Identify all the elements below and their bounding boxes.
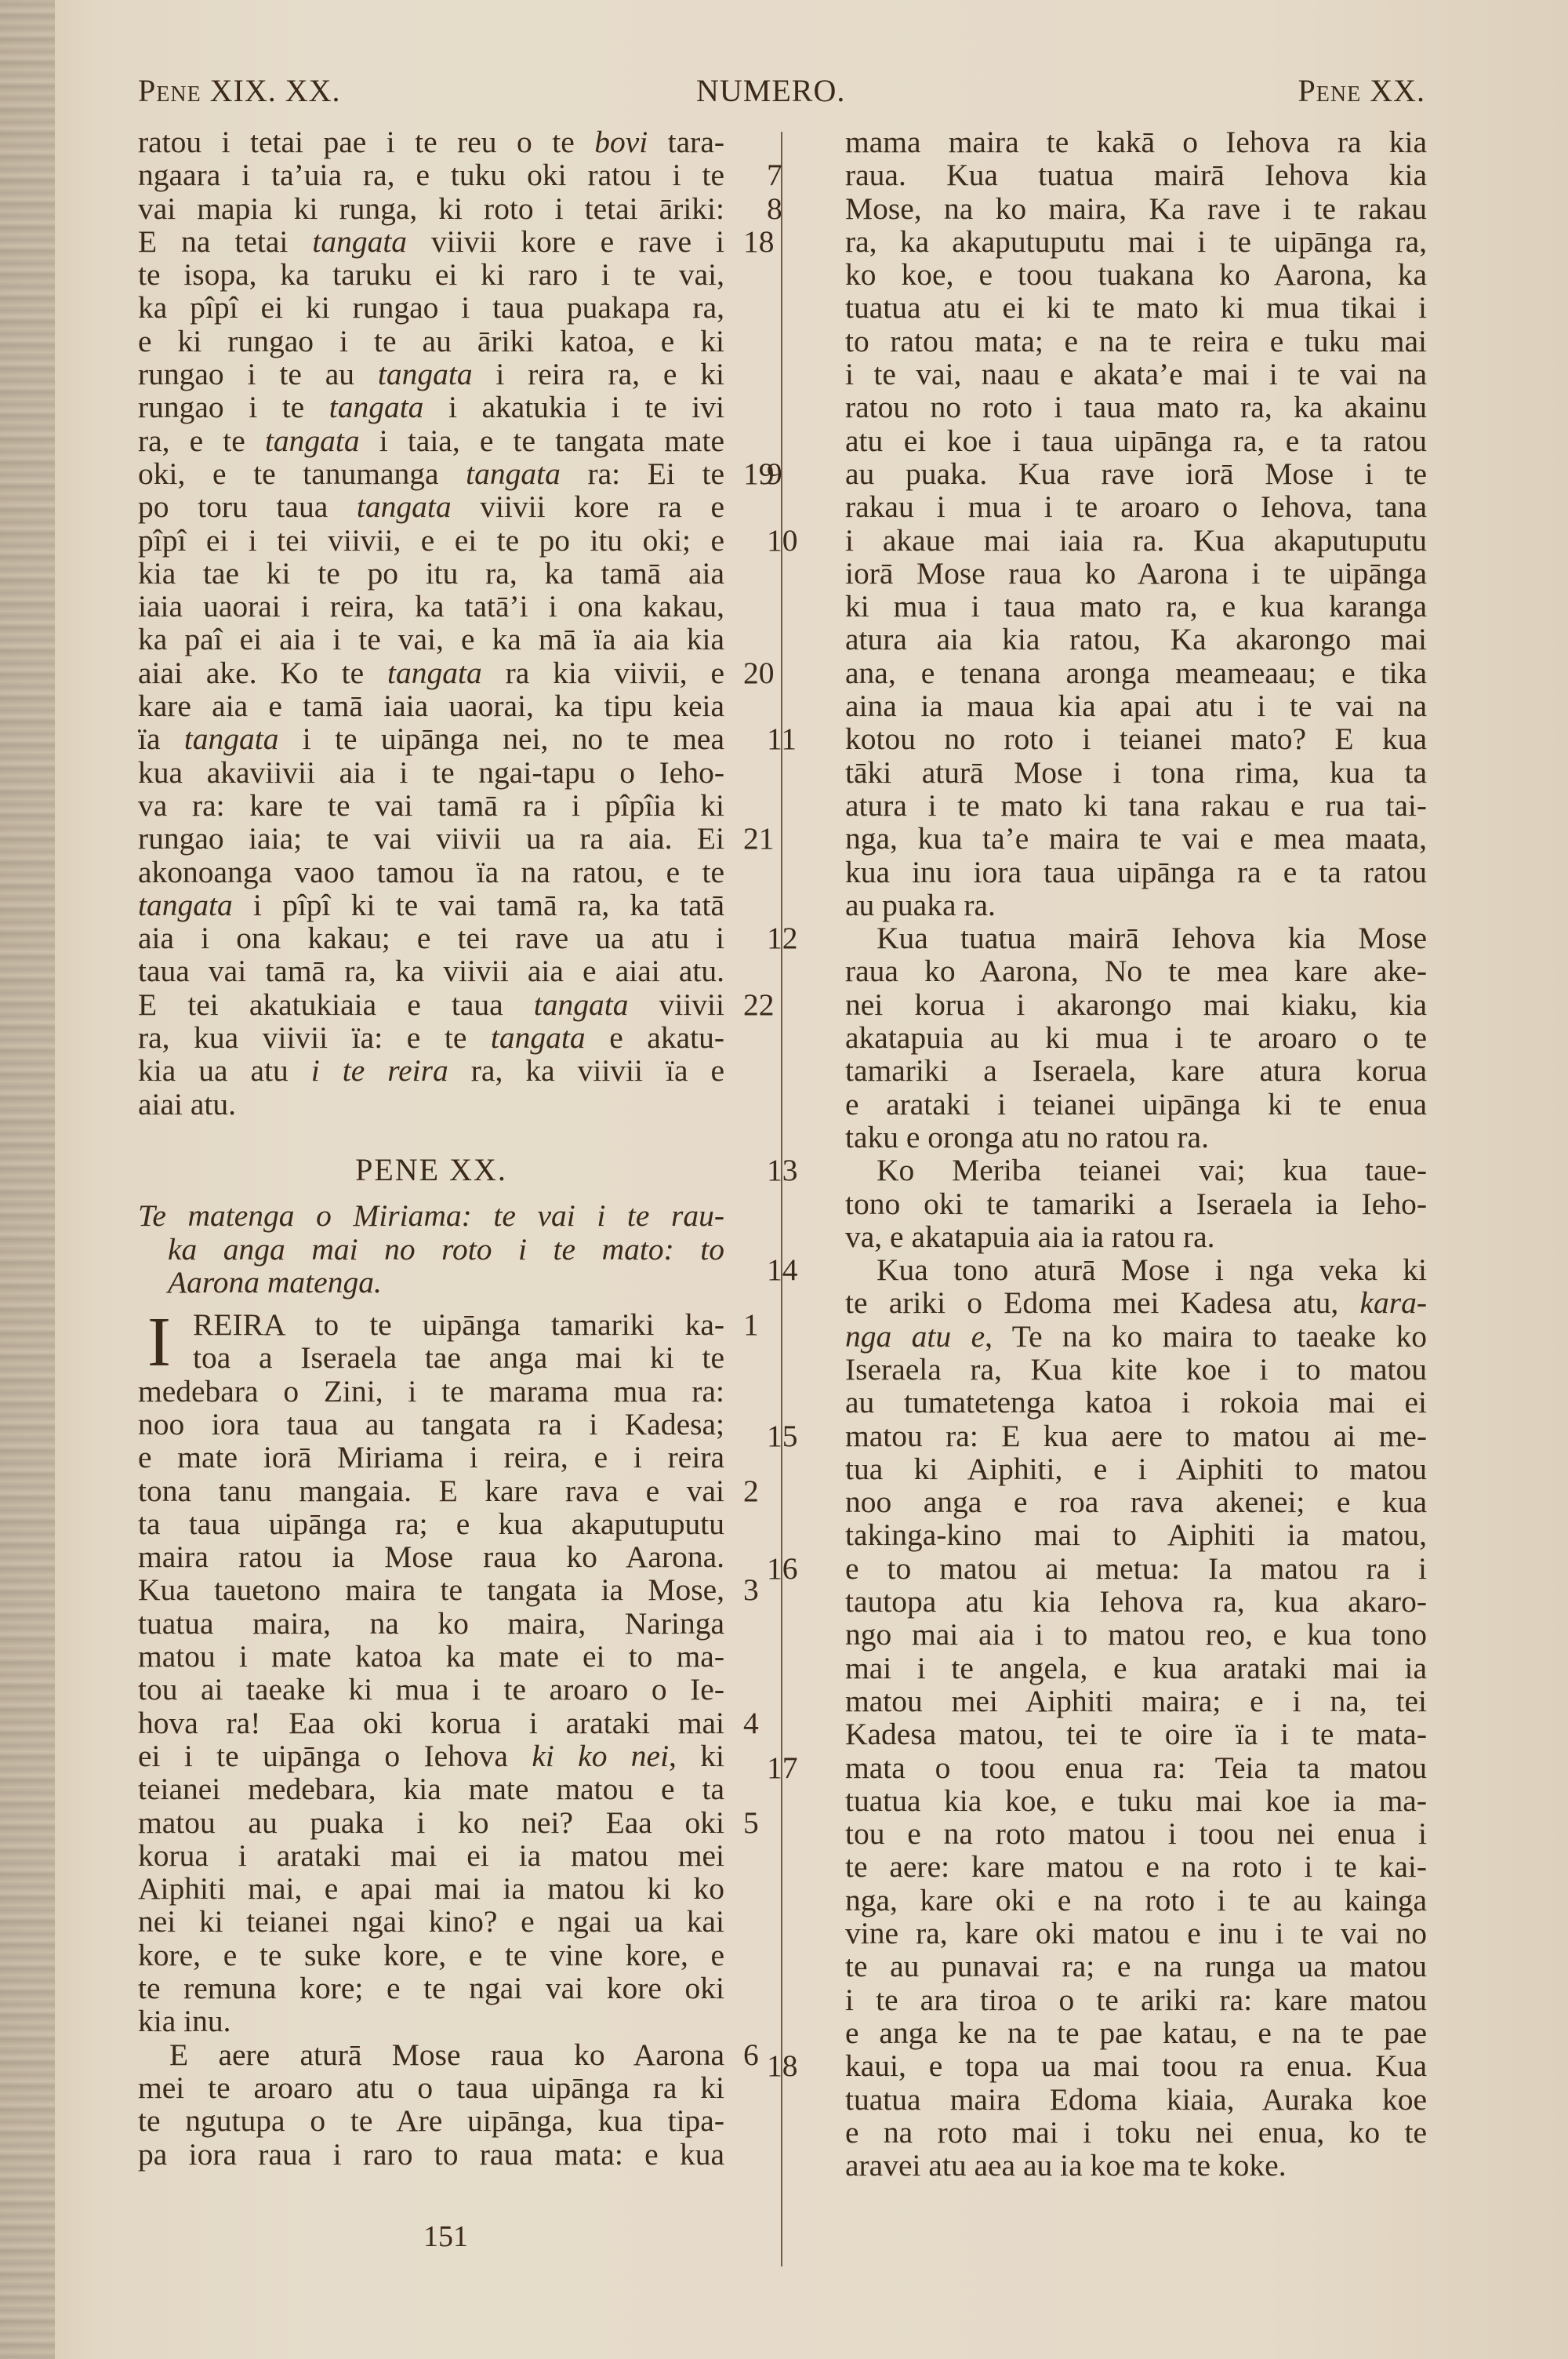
text-line: kua inu iora taua uipānga ra e ta ratou [845,856,1427,889]
text-line: nga atu e, Te na ko maira to taeake ko [845,1320,1427,1353]
text-line: tou e na roto matou i toou nei enua i [845,1817,1427,1850]
verse-number: 10 [767,524,828,557]
line-text: atura aia kia ratou, Ka akarongo mai [845,622,1427,656]
text-line: tuatua atu ei ki te mato ki mua tikai i [845,291,1427,324]
line-text: tou e na roto matou i toou nei enua i [845,1816,1427,1851]
line-text: va, e akatapuia aia ia ratou ra. [845,1219,1215,1254]
verse-number: 12 [767,921,828,954]
line-text: nga, kua ta’e maira te vai e mea maata, [845,821,1427,856]
text-line: raua. Kua tuatua mairā Iehova kia7 [845,158,1427,191]
text-line: tangata i pîpî ki te vai tamā ra, ka tat… [138,889,724,921]
text-line: Kua tauetono maira te tangata ia Mose,3 [138,1573,724,1606]
line-text: E na tetai tangata viivii kore e rave i [138,224,724,259]
text-line: te ngutupa o te Are uipānga, kua tipa- [138,2104,724,2137]
book-page: Pene XIX. XX. NUMERO. Pene XX. ratou i t… [0,0,1568,2359]
text-line: ka paî ei aia i te vai, e ka mā ïa aia k… [138,623,724,656]
line-text: nei korua i akarongo mai kiaku, kia [845,987,1427,1022]
verse-number: 20 [743,656,782,689]
verse-number: 4 [743,1707,782,1739]
left-column: ratou i tetai pae i te reu o te bovi tar… [138,125,724,2171]
line-text: Kadesa matou, tei te oire ïa i te mata- [845,1717,1427,1751]
page-number: 151 [423,2219,468,2254]
chapter-heading: PENE XX. [138,1154,724,1187]
line-text: po toru taua tangata viivii kore ra e [138,489,724,524]
text-line: ki mua i taua mato ra, e kua karanga [845,590,1427,623]
text-line: matou au puaka i ko nei? Eaa oki5 [138,1806,724,1839]
line-text: e na roto mai i toku nei enua, ko te [845,2115,1427,2150]
line-text: ka paî ei aia i te vai, e ka mā ïa aia k… [138,622,724,656]
text-line: tuatua maira Edoma kiaia, Auraka koe [845,2083,1427,2116]
text-line: te ariki o Edoma mei Kadesa atu, kara- [845,1286,1427,1319]
line-text: noo iora taua au tangata ra i Kadesa; [138,1407,724,1441]
text-line: ana, e tenana aronga meameaau; e tika [845,656,1427,689]
running-head-book-title: NUMERO. [696,72,845,109]
text-line: Kua tono aturā Mose i nga veka ki14 [845,1253,1427,1286]
line-text: rungao i te au tangata i reira ra, e ki [138,357,724,391]
text-line: raua ko Aarona, No te mea kare ake- [845,954,1427,987]
line-text: Ko Meriba teianei vai; kua taue- [877,1153,1427,1187]
line-text: oki, e te tanumanga tangata ra: Ei te [138,456,724,491]
text-line: nga, kare oki e na roto i te au kainga [845,1884,1427,1917]
text-line: te aere: kare matou e na roto i te kai- [845,1850,1427,1883]
text-line: E tei akatukiaia e taua tangata viivii22 [138,988,724,1021]
text-line: tona tanu mangaia. E kare rava e vai2 [138,1474,724,1507]
line-text: Iseraela ra, Kua kite koe i to matou [845,1352,1427,1387]
line-text: ratou i tetai pae i te reu o te bovi tar… [138,125,724,159]
text-line: iorā Mose raua ko Aarona i te uipānga [845,557,1427,590]
text-line: atu ei koe i taua uipānga ra, e ta ratou [845,424,1427,457]
text-line: ra, kua viivii ïa: e te tangata e akatu- [138,1021,724,1054]
line-text: Mose, na ko maira, Ka rave i te rakau [845,191,1427,226]
text-line: te au punavai ra; e na runga ua matou [845,1950,1427,1983]
summary-line: Te matenga o Miriama: te vai i te rau- [138,1199,724,1232]
line-text: te aere: kare matou e na roto i te kai- [845,1849,1427,1884]
line-text: tona tanu mangaia. E kare rava e vai [138,1474,724,1508]
line-text: ratou no roto i taua mato ra, ka akainu [845,390,1427,424]
text-line: noo anga e roa rava akenei; e kua [845,1485,1427,1518]
line-text: ra, e te tangata i taia, e te tangata ma… [138,423,724,458]
text-line: oki, e te tanumanga tangata ra: Ei te19 [138,457,724,490]
text-line: akatapuia au ki mua i te aroaro o te [845,1021,1427,1054]
text-line: po toru taua tangata viivii kore ra e [138,490,724,523]
text-line: aravei atu aea au ia koe ma te koke. [845,2149,1427,2182]
text-line: pîpî ei i tei viivii, e ei te po itu oki… [138,524,724,557]
verse-number: 14 [767,1253,828,1286]
line-text: au puaka. Kua rave iorā Mose i te [845,456,1427,491]
text-line: taku e oronga atu no ratou ra. [845,1121,1427,1154]
text-line: aia i ona kakau; e tei rave ua atu i [138,921,724,954]
line-text: iaia uaorai i reira, ka tatā’i i ona kak… [138,589,724,623]
text-line: nei ki teianei ngai kino? e ngai ua kai [138,1905,724,1938]
text-line: kotou no roto i teianei mato? E kua11 [845,722,1427,755]
text-line: au puaka. Kua rave iorā Mose i te9 [845,457,1427,490]
line-text: rungao iaia; te vai viivii ua ra aia. Ei [138,821,724,856]
line-text: te au punavai ra; e na runga ua matou [845,1949,1427,1983]
line-text: akonoanga vaoo tamou ïa na ratou, e te [138,855,724,889]
line-text: taua vai tamā ra, ka viivii aia e aiai a… [138,954,724,988]
verse-number: 7 [767,158,828,191]
text-line: ko koe, e toou tuakana ko Aarona, ka [845,258,1427,291]
right-column: mama maira te kakā o Iehova ra kiaraua. … [845,125,1427,2182]
text-line: kia inu. [138,2005,724,2037]
line-text: nga, kare oki e na roto i te au kainga [845,1883,1427,1917]
text-line: ra, ka akaputuputu mai i te uipānga ra, [845,225,1427,258]
text-line: va ra: kare te vai tamā ra i pîpîia ki [138,789,724,822]
text-line: mama maira te kakā o Iehova ra kia [845,125,1427,158]
line-text: i te vai, naau e akata’e mai i te vai na [845,357,1427,391]
line-text: matou i mate katoa ka mate ei to ma- [138,1639,724,1674]
left-column-text-before-heading: ratou i tetai pae i te reu o te bovi tar… [138,125,724,1121]
verse-number: 15 [767,1419,828,1452]
line-text: au puaka ra. [845,888,996,922]
text-line: matou i mate katoa ka mate ei to ma- [138,1640,724,1673]
text-line: tono oki te tamariki a Iseraela ia Ieho- [845,1187,1427,1220]
text-line: ta taua uipānga ra; e kua akaputuputu [138,1507,724,1540]
line-text: aia i ona kakau; e tei rave ua atu i [138,921,724,955]
line-text: te ariki o Edoma mei Kadesa atu, kara- [845,1285,1427,1320]
text-line: ngaara i ta’uia ra, e tuku oki ratou i t… [138,158,724,191]
text-line: noo iora taua au tangata ra i Kadesa; [138,1408,724,1441]
text-line: i te vai, naau e akata’e mai i te vai na [845,358,1427,391]
line-text: nga atu e, Te na ko maira to taeake ko [845,1319,1427,1354]
text-line: mei te aroaro atu o taua uipānga ra ki [138,2071,724,2104]
text-line: kia tae ki te po itu ra, ka tamā aia [138,557,724,590]
line-text: atu ei koe i taua uipānga ra, e ta ratou [845,423,1427,458]
line-text: pîpî ei i tei viivii, e ei te po itu oki… [138,523,724,558]
text-line: E aere aturā Mose raua ko Aarona6 [138,2038,724,2071]
verse-number: 13 [767,1154,828,1187]
line-text: kia tae ki te po itu ra, ka tamā aia [138,556,724,591]
text-line: ra, e te tangata i taia, e te tangata ma… [138,424,724,457]
line-text: ïa tangata i te uipānga nei, no te mea [138,722,724,756]
text-line: Ko Meriba teianei vai; kua taue-13 [845,1154,1427,1187]
line-text: rakau i mua i te aroaro o Iehova, tana [845,489,1427,524]
line-text: i te ara tiroa o te ariki ra: kare matou [845,1983,1427,2017]
line-text: ana, e tenana aronga meameaau; e tika [845,656,1427,690]
text-line: au tumatetenga katoa i rokoia mai ei [845,1386,1427,1419]
line-text: kia ua atu i te reira ra, ka viivii ïa e [138,1053,724,1088]
text-line: i te ara tiroa o te ariki ra: kare matou [845,1983,1427,2016]
line-text: matou ra: E kua aere to matou ai me- [845,1419,1427,1453]
line-text: te isopa, ka taruku ei ki raro i te vai, [138,257,724,292]
line-text: ko koe, e toou tuakana ko Aarona, ka [845,257,1427,292]
text-line: i akaue mai iaia ra. Kua akaputuputu10 [845,524,1427,557]
text-line: pa iora raua i raro to raua mata: e kua [138,2138,724,2171]
line-text: ta taua uipānga ra; e kua akaputuputu [138,1507,724,1541]
text-line: kaui, e topa ua mai toou ra enua. Kua18 [845,2049,1427,2082]
line-text: iorā Mose raua ko Aarona i te uipānga [845,556,1427,591]
line-text: aiai atu. [138,1087,236,1121]
text-line: matou mei Aiphiti maira; e i na, tei [845,1685,1427,1717]
text-line: te remuna kore; e te ngai vai kore oki [138,1972,724,2005]
line-text: korua i arataki mai ei ia matou mei [138,1838,724,1873]
line-text: Kua tauetono maira te tangata ia Mose, [138,1572,724,1607]
line-text: tuatua kia koe, e tuku mai koe ia ma- [845,1783,1427,1818]
verse-number: 1 [743,1308,782,1341]
text-line: E na tetai tangata viivii kore e rave i1… [138,225,724,258]
verse-number: 16 [767,1552,828,1585]
line-text: ei i te uipānga o Iehova ki ko nei, ki [138,1739,724,1773]
line-text: tua ki Aiphiti, e i Aiphiti to matou [845,1452,1427,1486]
text-line: tuatua maira, na ko maira, Naringa [138,1607,724,1640]
line-text: e arataki i teianei uipānga ki te enua [845,1087,1427,1121]
text-line: kore, e te suke kore, e te vine kore, e [138,1939,724,1972]
text-line: toa a Iseraela tae anga mai ki te [138,1341,724,1374]
summary-line: Aarona matenga. [138,1266,724,1299]
text-line: tou ai taeake ki mua i te aroaro o Ie- [138,1673,724,1706]
text-line: kia ua atu i te reira ra, ka viivii ïa e [138,1054,724,1087]
left-column-text-after-heading: REIRA to te uipānga tamariki ka-1toa a I… [138,1308,724,2171]
verse-number: 21 [743,822,782,855]
line-text: va ra: kare te vai tamā ra i pîpîia ki [138,788,724,823]
line-text: tautopa atu kia Iehova ra, kua akaro- [845,1584,1427,1619]
text-line: vine ra, kare oki matou e inu i te vai n… [845,1917,1427,1950]
line-text: kare aia e tamā iaia uaorai, ka tipu kei… [138,689,724,723]
right-column-text: mama maira te kakā o Iehova ra kiaraua. … [845,125,1427,2182]
verse-number: 18 [767,2049,828,2082]
text-line: REIRA to te uipānga tamariki ka-1 [138,1308,724,1341]
line-text: Kua tuatua mairā Iehova kia Mose [877,921,1427,955]
line-text: maira ratou ia Mose raua ko Aarona. [138,1539,724,1574]
text-line: rungao i te tangata i akatukia i te ivi [138,391,724,423]
line-text: vine ra, kare oki matou e inu i te vai n… [845,1916,1427,1950]
line-text: matou mei Aiphiti maira; e i na, tei [845,1684,1427,1718]
line-text: tuatua maira Edoma kiaia, Auraka koe [845,2082,1427,2117]
running-head-right: Pene XX. [1298,72,1425,109]
text-line: mata o toou enua ra: Teia ta matou17 [845,1751,1427,1784]
line-text: kore, e te suke kore, e te vine kore, e [138,1938,724,1972]
text-line: tua ki Aiphiti, e i Aiphiti to matou [845,1452,1427,1485]
line-text: E aere aturā Mose raua ko Aarona [169,2037,724,2072]
text-line: rungao iaia; te vai viivii ua ra aia. Ei… [138,822,724,855]
line-text: akatapuia au ki mua i te aroaro o te [845,1020,1427,1055]
line-text: hova ra! Eaa oki korua i arataki mai [138,1706,724,1740]
line-text: noo anga e roa rava akenei; e kua [845,1485,1427,1519]
text-line: e anga ke na te pae katau, e na te pae [845,2016,1427,2049]
verse-number: 17 [767,1751,828,1784]
verse-number: 8 [767,192,828,225]
text-line: atura i te mato ki tana rakau e rua tai- [845,789,1427,822]
line-text: raua. Kua tuatua mairā Iehova kia [845,158,1427,192]
line-text: ngo mai aia i to matou reo, e kua tono [845,1617,1427,1652]
verse-number: 18 [743,225,782,258]
text-line: tuatua kia koe, e tuku mai koe ia ma- [845,1784,1427,1817]
line-text: ra, kua viivii ïa: e te tangata e akatu- [138,1020,724,1055]
text-line: te isopa, ka taruku ei ki raro i te vai, [138,258,724,291]
line-text: toa a Iseraela tae anga mai ki te [193,1340,724,1375]
line-text: mei te aroaro atu o taua uipānga ra ki [138,2070,724,2105]
text-line: rungao i te au tangata i reira ra, e ki [138,358,724,391]
line-text: au tumatetenga katoa i rokoia mai ei [845,1385,1427,1419]
text-line: tautopa atu kia Iehova ra, kua akaro- [845,1585,1427,1618]
text-line: Kua tuatua mairā Iehova kia Mose12 [845,921,1427,954]
text-line: ka pîpî ei ki rungao i taua puakapa ra, [138,291,724,324]
text-line: kare aia e tamā iaia uaorai, ka tipu kei… [138,689,724,722]
line-text: tangata i pîpî ki te vai tamā ra, ka tat… [138,888,724,922]
line-text: taku e oronga atu no ratou ra. [845,1120,1209,1154]
line-text: Aiphiti mai, e apai mai ia matou ki ko [138,1871,724,1906]
text-line: e arataki i teianei uipānga ki te enua [845,1088,1427,1121]
line-text: kotou no roto i teianei mato? E kua [845,722,1427,756]
line-text: te ngutupa o te Are uipānga, kua tipa- [138,2103,724,2138]
line-text: REIRA to te uipānga tamariki ka- [193,1307,724,1342]
line-text: teianei medebara, kia mate matou e ta [138,1772,724,1806]
line-text: medebara o Zini, i te marama mua ra: [138,1374,724,1408]
text-line: ratou i tetai pae i te reu o te bovi tar… [138,125,724,158]
verse-number: 11 [767,722,828,755]
line-text: E tei akatukiaia e taua tangata viivii [138,987,724,1022]
text-line: mai i te angela, e kua arataki mai ia [845,1652,1427,1685]
text-line: va, e akatapuia aia ia ratou ra. [845,1220,1427,1253]
text-line: akonoanga vaoo tamou ïa na ratou, e te [138,856,724,889]
text-line: tāki aturā Mose i tona rima, kua ta [845,756,1427,789]
line-text: kaui, e topa ua mai toou ra enua. Kua [845,2048,1427,2083]
line-text: mata o toou enua ra: Teia ta matou [845,1750,1427,1785]
line-text: takinga-kino mai to Aiphiti ia matou, [845,1518,1427,1552]
text-line: nga, kua ta’e maira te vai e mea maata, [845,822,1427,855]
line-text: tuatua maira, na ko maira, Naringa [138,1606,724,1641]
text-line: takinga-kino mai to Aiphiti ia matou, [845,1518,1427,1551]
line-text: i akaue mai iaia ra. Kua akaputuputu [845,523,1427,558]
text-line: vai mapia ki runga, ki roto i tetai ārik… [138,192,724,225]
line-text: rungao i te tangata i akatukia i te ivi [138,390,724,424]
chapter-opening: I REIRA to te uipānga tamariki ka-1toa a… [138,1308,724,2171]
line-text: kua akaviivii aia i te ngai-tapu o Ieho- [138,755,724,790]
line-text: kia inu. [138,2004,230,2038]
text-line: rakau i mua i te aroaro o Iehova, tana [845,490,1427,523]
line-text: vai mapia ki runga, ki roto i tetai ārik… [138,191,724,226]
line-text: mama maira te kakā o Iehova ra kia [845,125,1427,159]
facing-page-edge [0,0,55,2359]
text-line: Mose, na ko maira, Ka rave i te rakau8 [845,192,1427,225]
running-head: Pene XIX. XX. NUMERO. Pene XX. [138,72,1425,111]
line-text: aina ia maua kia apai atu i te vai na [845,689,1427,723]
text-line: aiai atu. [138,1088,724,1121]
verse-number: 2 [743,1474,782,1507]
line-text: nei ki teianei ngai kino? e ngai ua kai [138,1904,724,1939]
text-line: hova ra! Eaa oki korua i arataki mai4 [138,1707,724,1739]
line-text: aiai ake. Ko te tangata ra kia viivii, e [138,656,724,690]
text-line: ïa tangata i te uipānga nei, no te mea [138,722,724,755]
line-text: matou au puaka i ko nei? Eaa oki [138,1805,724,1840]
verse-number: 5 [743,1806,782,1839]
text-line: e ki rungao i te au āriki katoa, e ki [138,325,724,358]
text-line: ratou no roto i taua mato ra, ka akainu [845,391,1427,423]
line-text: tuatua atu ei ki te mato ki mua tikai i [845,290,1427,325]
verse-number: 22 [743,988,782,1021]
line-text: e ki rungao i te au āriki katoa, e ki [138,324,724,358]
line-text: te remuna kore; e te ngai vai kore oki [138,1971,724,2005]
summary-line: ka anga mai no roto i te mato: to [138,1233,724,1266]
line-text: tamariki a Iseraela, kare atura korua [845,1053,1427,1088]
text-line: e mate iorā Miriama i reira, e i reira [138,1441,724,1474]
line-text: aravei atu aea au ia koe ma te koke. [845,2148,1287,2183]
line-text: tāki aturā Mose i tona rima, kua ta [845,755,1427,790]
text-line: e na roto mai i toku nei enua, ko te [845,2116,1427,2149]
line-text: to ratou mata; e na te reira e tuku mai [845,324,1427,358]
line-text: mai i te angela, e kua arataki mai ia [845,1651,1427,1685]
text-line: maira ratou ia Mose raua ko Aarona. [138,1540,724,1573]
text-line: aiai ake. Ko te tangata ra kia viivii, e… [138,656,724,689]
verse-number: 9 [767,457,828,490]
text-line: tamariki a Iseraela, kare atura korua [845,1054,1427,1087]
chapter-summary: Te matenga o Miriama: te vai i te rau-ka… [138,1199,724,1299]
column-divider-rule [781,132,782,2266]
line-text: e to matou ai metua: Ia matou ra i [845,1551,1427,1586]
line-text: tou ai taeake ki mua i te aroaro o Ie- [138,1672,724,1707]
line-text: raua ko Aarona, No te mea kare ake- [845,954,1427,988]
line-text: ra, ka akaputuputu mai i te uipānga ra, [845,224,1427,259]
running-head-left: Pene XIX. XX. [138,72,341,109]
line-text: tono oki te tamariki a Iseraela ia Ieho- [845,1187,1427,1221]
text-line: atura aia kia ratou, Ka akarongo mai [845,623,1427,656]
text-line: kua akaviivii aia i te ngai-tapu o Ieho- [138,756,724,789]
line-text: kua inu iora taua uipānga ra e ta ratou [845,855,1427,889]
text-line: au puaka ra. [845,889,1427,921]
line-text: ka pîpî ei ki rungao i taua puakapa ra, [138,290,724,325]
text-line: matou ra: E kua aere to matou ai me-15 [845,1419,1427,1452]
line-text: pa iora raua i raro to raua mata: e kua [138,2137,724,2172]
text-line: ei i te uipānga o Iehova ki ko nei, ki [138,1739,724,1772]
text-line: korua i arataki mai ei ia matou mei [138,1839,724,1872]
line-text: e mate iorā Miriama i reira, e i reira [138,1440,724,1474]
text-line: e to matou ai metua: Ia matou ra i16 [845,1552,1427,1585]
text-line: medebara o Zini, i te marama mua ra: [138,1375,724,1408]
line-text: e anga ke na te pae katau, e na te pae [845,2016,1427,2050]
text-line: Aiphiti mai, e apai mai ia matou ki ko [138,1872,724,1905]
text-line: Iseraela ra, Kua kite koe i to matou [845,1353,1427,1386]
text-line: nei korua i akarongo mai kiaku, kia [845,988,1427,1021]
line-text: ngaara i ta’uia ra, e tuku oki ratou i t… [138,158,724,192]
text-line: to ratou mata; e na te reira e tuku mai [845,325,1427,358]
text-line: Kadesa matou, tei te oire ïa i te mata- [845,1717,1427,1750]
line-text: Kua tono aturā Mose i nga veka ki [877,1252,1427,1287]
text-line: teianei medebara, kia mate matou e ta [138,1772,724,1805]
text-line: ngo mai aia i to matou reo, e kua tono [845,1618,1427,1651]
line-text: ki mua i taua mato ra, e kua karanga [845,589,1427,623]
text-line: aina ia maua kia apai atu i te vai na [845,689,1427,722]
line-text: atura i te mato ki tana rakau e rua tai- [845,788,1427,823]
text-line: iaia uaorai i reira, ka tatā’i i ona kak… [138,590,724,623]
text-line: taua vai tamā ra, ka viivii aia e aiai a… [138,954,724,987]
